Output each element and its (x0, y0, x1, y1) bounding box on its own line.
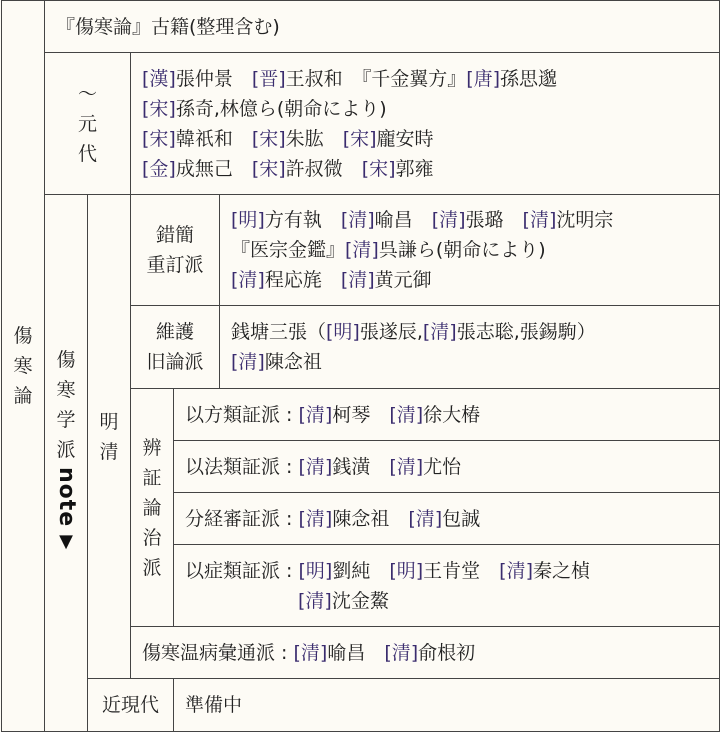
school-label-line: 維護 (156, 317, 194, 347)
dynasty-tag[interactable]: [宋] (142, 128, 176, 150)
person-link[interactable]: 張遂辰, (360, 321, 423, 343)
person-link[interactable]: 陳念祖 (265, 351, 322, 373)
school-label-line: 旧論派 (146, 347, 203, 377)
dynasty-tag[interactable]: [清] (370, 404, 423, 426)
person-link[interactable]: 喻昌 (327, 642, 365, 664)
content-line: 以方類証派 : [清]柯琴 [清]徐大椿 (185, 400, 708, 430)
person-link[interactable]: 張志聡,張錫駒） (457, 321, 596, 343)
dynasty-tag[interactable]: [清] (370, 456, 423, 478)
content-line: 銭塘三張（[明]張遂辰,[清]張志聡,張錫駒） (231, 317, 708, 347)
modern-label: 近現代 (102, 690, 159, 720)
person-link[interactable]: 沈明宗 (556, 209, 613, 231)
school-label-line: 錯簡 (156, 220, 194, 250)
school-label-char: 派 (142, 553, 161, 583)
era-label-char: 〜 (78, 79, 97, 109)
school-bianzheng-label: 辨証論治派 (130, 388, 174, 627)
person-link[interactable]: 龐安時 (377, 128, 434, 150)
dynasty-tag[interactable]: [宋] (324, 128, 377, 150)
era-label-char: 明 (99, 407, 118, 437)
person-link[interactable]: 以法類証派 : (185, 456, 298, 478)
dynasty-tag[interactable]: [漢] (142, 68, 176, 90)
dynasty-tag[interactable]: [宋] (343, 158, 396, 180)
dynasty-tag[interactable]: [唐] (466, 68, 500, 90)
dynasty-tag[interactable]: [宋] (233, 128, 286, 150)
person-link[interactable]: 傷寒温病彙通派 : (142, 642, 293, 664)
person-link[interactable]: 銭塘三張（ (231, 321, 326, 343)
root-label-char: 論 (13, 381, 32, 411)
dynasty-tag[interactable]: [清] (293, 642, 327, 664)
page-title[interactable]: 『傷寒論』古籍(整理含む) (56, 12, 708, 42)
person-link[interactable]: 王肯堂 (423, 560, 480, 582)
person-link[interactable]: 柯琴 (332, 404, 370, 426)
dynasty-tag[interactable]: [清] (231, 351, 265, 373)
person-link[interactable]: 尤怡 (423, 456, 461, 478)
dynasty-tag[interactable]: [清] (423, 321, 457, 343)
modern-content: 準備中 (173, 678, 720, 732)
person-link[interactable]: 秦之楨 (533, 560, 590, 582)
content-line: [清]沈金鰲 (185, 586, 708, 616)
person-link[interactable]: 張仲景 (176, 68, 233, 90)
bianzheng-row: 以方類証派 : [清]柯琴 [清]徐大椿 (173, 388, 720, 441)
content-line: 以症類証派 : [明]劉純 [明]王肯堂 [清]秦之楨 (185, 556, 708, 586)
school-label-cell: 傷寒学派note▼ (44, 194, 88, 732)
triangle-down-icon[interactable]: ▼ (59, 527, 73, 557)
school-weihu-label: 維護旧論派 (130, 305, 220, 389)
dynasty-tag[interactable]: [清] (298, 456, 332, 478)
root-label-char: 寒 (13, 351, 32, 381)
school-label-char: 学 (56, 405, 75, 435)
dynasty-tag[interactable]: [清] (322, 269, 375, 291)
dynasty-tag[interactable]: [清] (480, 560, 533, 582)
content-line: [清]程応旄 [清]黄元御 (231, 265, 708, 295)
person-link[interactable]: 以症類証派 : (185, 560, 298, 582)
note-toggle[interactable]: note (51, 467, 81, 527)
lineage-table: 『傷寒論』古籍(整理含む) 傷寒論 〜元代 [漢]張仲景 [晋]王叔和 『千金翼… (0, 0, 720, 732)
dynasty-tag[interactable]: [清] (231, 269, 265, 291)
school-weihu-content: 銭塘三張（[明]張遂辰,[清]張志聡,張錫駒）[清]陳念祖 (219, 305, 720, 389)
content-line: [明]方有執 [清]喻昌 [清]張璐 [清]沈明宗 (231, 205, 708, 235)
person-link[interactable]: 徐大椿 (423, 404, 480, 426)
school-label-char: 寒 (56, 375, 75, 405)
person-link[interactable]: 『医宗金鑑』 (231, 239, 345, 261)
person-link[interactable]: 孫奇,林億ら(朝命により) (176, 98, 387, 120)
content-line: 分経審証派 : [清]陳念祖 [清]包誠 (185, 504, 708, 534)
root-label-char: 傷 (13, 321, 32, 351)
era-label-until-yuan: 〜元代 (44, 52, 131, 195)
person-link[interactable]: 喻昌 (375, 209, 413, 231)
dynasty-tag[interactable]: [清] (298, 508, 332, 530)
era-label-modern: 近現代 (87, 678, 174, 732)
person-link[interactable]: 呉謙ら(朝命により) (379, 239, 546, 261)
school-label-line: 重訂派 (146, 250, 203, 280)
person-link[interactable]: 分経審証派 : (185, 508, 298, 530)
dynasty-tag[interactable]: [清] (365, 642, 418, 664)
dynasty-tag[interactable]: [清] (413, 209, 466, 231)
dynasty-tag[interactable]: [清] (504, 209, 557, 231)
person-link[interactable]: 『千金翼方』 (343, 68, 467, 90)
person-link[interactable]: 成無己 (176, 158, 233, 180)
school-label-char: 証 (142, 463, 161, 493)
era-until-yuan-content: [漢]張仲景 [晋]王叔和 『千金翼方』[唐]孫思邈[宋]孫奇,林億ら(朝命によ… (130, 52, 720, 195)
school-label-char: 治 (142, 523, 161, 553)
person-link[interactable]: 俞根初 (418, 642, 475, 664)
dynasty-tag[interactable]: [金] (142, 158, 176, 180)
dynasty-tag[interactable]: [清] (298, 404, 332, 426)
era-label-char: 清 (99, 437, 118, 467)
era-label-char: 代 (78, 139, 97, 169)
person-link[interactable]: 程応旄 (265, 269, 322, 291)
school-shanghan-wenbing-content: 傷寒温病彙通派 : [清]喻昌 [清]俞根初 (130, 626, 720, 679)
title-cell: 『傷寒論』古籍(整理含む) (44, 0, 720, 53)
dynasty-tag[interactable]: [明] (370, 560, 423, 582)
person-link[interactable]: 包誠 (442, 508, 480, 530)
dynasty-tag[interactable]: [宋] (233, 158, 286, 180)
person-link[interactable]: 郭雍 (396, 158, 434, 180)
school-label-char: 傷 (56, 345, 75, 375)
bianzheng-row: 以症類証派 : [明]劉純 [明]王肯堂 [清]秦之楨[清]沈金鰲 (173, 544, 720, 627)
dynasty-tag[interactable]: [晋] (233, 68, 286, 90)
person-link[interactable]: 朱肱 (286, 128, 324, 150)
dynasty-tag[interactable]: [清] (322, 209, 375, 231)
content-line: 傷寒温病彙通派 : [清]喻昌 [清]俞根初 (142, 638, 708, 668)
person-link[interactable]: 銭潢 (332, 456, 370, 478)
person-link[interactable]: 劉純 (332, 560, 370, 582)
person-link[interactable]: 方有執 (265, 209, 322, 231)
person-link[interactable]: 韓祇和 (176, 128, 233, 150)
person-link[interactable]: 陳念祖 (332, 508, 389, 530)
dynasty-tag[interactable]: [宋] (142, 98, 176, 120)
person-link[interactable]: 許叔微 (286, 158, 343, 180)
root-label-cell: 傷寒論 (1, 0, 45, 732)
era-label-char: 元 (78, 109, 97, 139)
dynasty-tag[interactable]: [明] (326, 321, 360, 343)
bianzheng-row: 分経審証派 : [清]陳念祖 [清]包誠 (173, 492, 720, 545)
person-link[interactable]: 張璐 (466, 209, 504, 231)
school-cuojian-label: 錯簡重訂派 (130, 194, 220, 306)
content-line: [金]成無己 [宋]許叔微 [宋]郭雍 (142, 154, 708, 184)
school-label-char: 派 (56, 435, 75, 465)
person-link[interactable]: 黄元御 (375, 269, 432, 291)
person-link[interactable]: 以方類証派 : (185, 404, 298, 426)
content-line: [宋]韓祇和 [宋]朱肱 [宋]龐安時 (142, 124, 708, 154)
person-link[interactable]: 孫思邈 (500, 68, 557, 90)
school-cuojian-content: [明]方有執 [清]喻昌 [清]張璐 [清]沈明宗『医宗金鑑』[清]呉謙ら(朝命… (219, 194, 720, 306)
era-label-ming-qing: 明清 (87, 194, 131, 679)
content-line: [宋]孫奇,林億ら(朝命により) (142, 94, 708, 124)
content-line: 以法類証派 : [清]銭潢 [清]尤怡 (185, 452, 708, 482)
dynasty-tag[interactable]: [明] (298, 560, 332, 582)
school-label-char: 論 (142, 493, 161, 523)
content-line: 『医宗金鑑』[清]呉謙ら(朝命により) (231, 235, 708, 265)
dynasty-tag[interactable]: [清] (345, 239, 379, 261)
content-line: [漢]張仲景 [晋]王叔和 『千金翼方』[唐]孫思邈 (142, 64, 708, 94)
modern-value: 準備中 (185, 690, 708, 720)
content-line: [清]陳念祖 (231, 347, 708, 377)
person-link[interactable]: 沈金鰲 (332, 590, 389, 612)
dynasty-tag[interactable]: [清] (298, 590, 332, 612)
bianzheng-row: 以法類証派 : [清]銭潢 [清]尤怡 (173, 440, 720, 493)
person-link[interactable]: 王叔和 (286, 68, 343, 90)
school-label-char: 辨 (142, 433, 161, 463)
dynasty-tag[interactable]: [明] (231, 209, 265, 231)
dynasty-tag[interactable]: [清] (389, 508, 442, 530)
